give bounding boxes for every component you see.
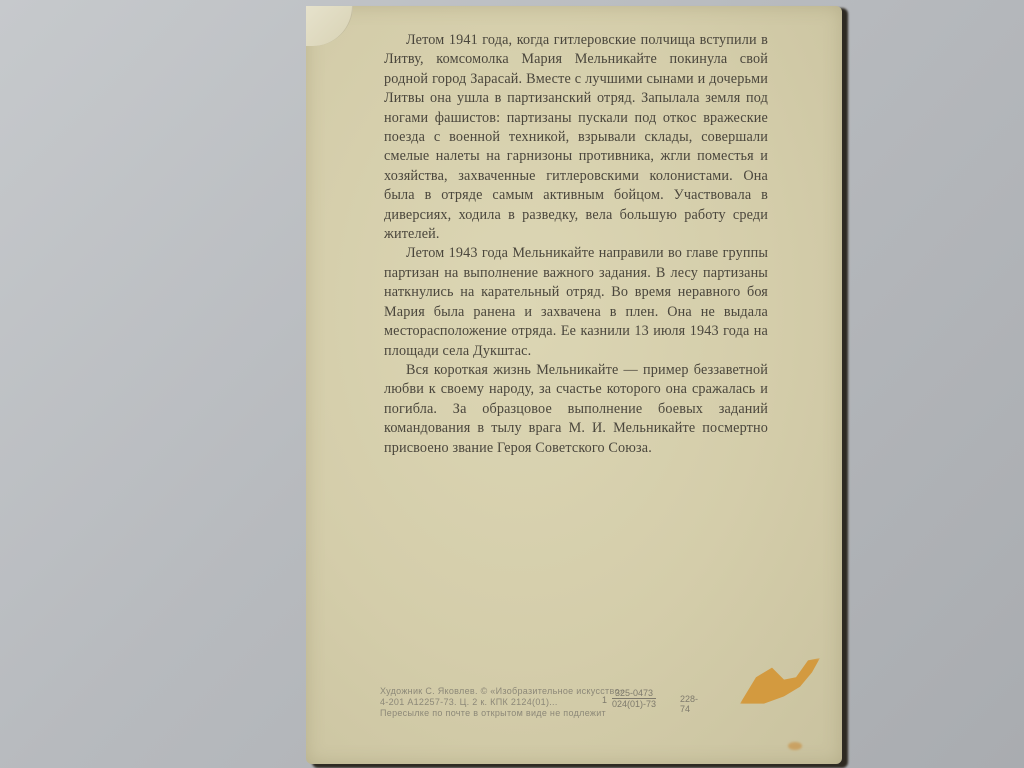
paragraph-3: Вся короткая жизнь Мельникайте — пример … bbox=[384, 361, 768, 458]
catalog-numerator: 325-0473 bbox=[612, 688, 656, 699]
paragraph-2: Летом 1943 года Мельникайте направили во… bbox=[384, 244, 768, 360]
imprint-postal-line: Пересылке по почте в открытом виде не по… bbox=[380, 708, 800, 719]
imprint-artist-line: Художник С. Яковлев. © «Изобразительное … bbox=[380, 686, 800, 697]
catalog-prefix: 1 bbox=[602, 695, 607, 705]
bent-corner bbox=[306, 6, 353, 46]
biography-text: Летом 1941 года, когда гитлеровские полч… bbox=[384, 31, 768, 458]
catalog-suffix: 228-74 bbox=[680, 694, 698, 714]
small-stain bbox=[788, 742, 802, 750]
postcard: Летом 1941 года, когда гитлеровские полч… bbox=[306, 6, 842, 764]
catalog-fraction: 325-0473 024(01)-73 bbox=[612, 688, 656, 709]
catalog-denominator: 024(01)-73 bbox=[612, 699, 656, 709]
imprint-code-line: 4-201 А12257-73. Ц. 2 к. КПК 2124(01)... bbox=[380, 697, 800, 708]
publisher-imprint: Художник С. Яковлев. © «Изобразительное … bbox=[380, 686, 800, 719]
paragraph-1: Летом 1941 года, когда гитлеровские полч… bbox=[384, 31, 768, 244]
